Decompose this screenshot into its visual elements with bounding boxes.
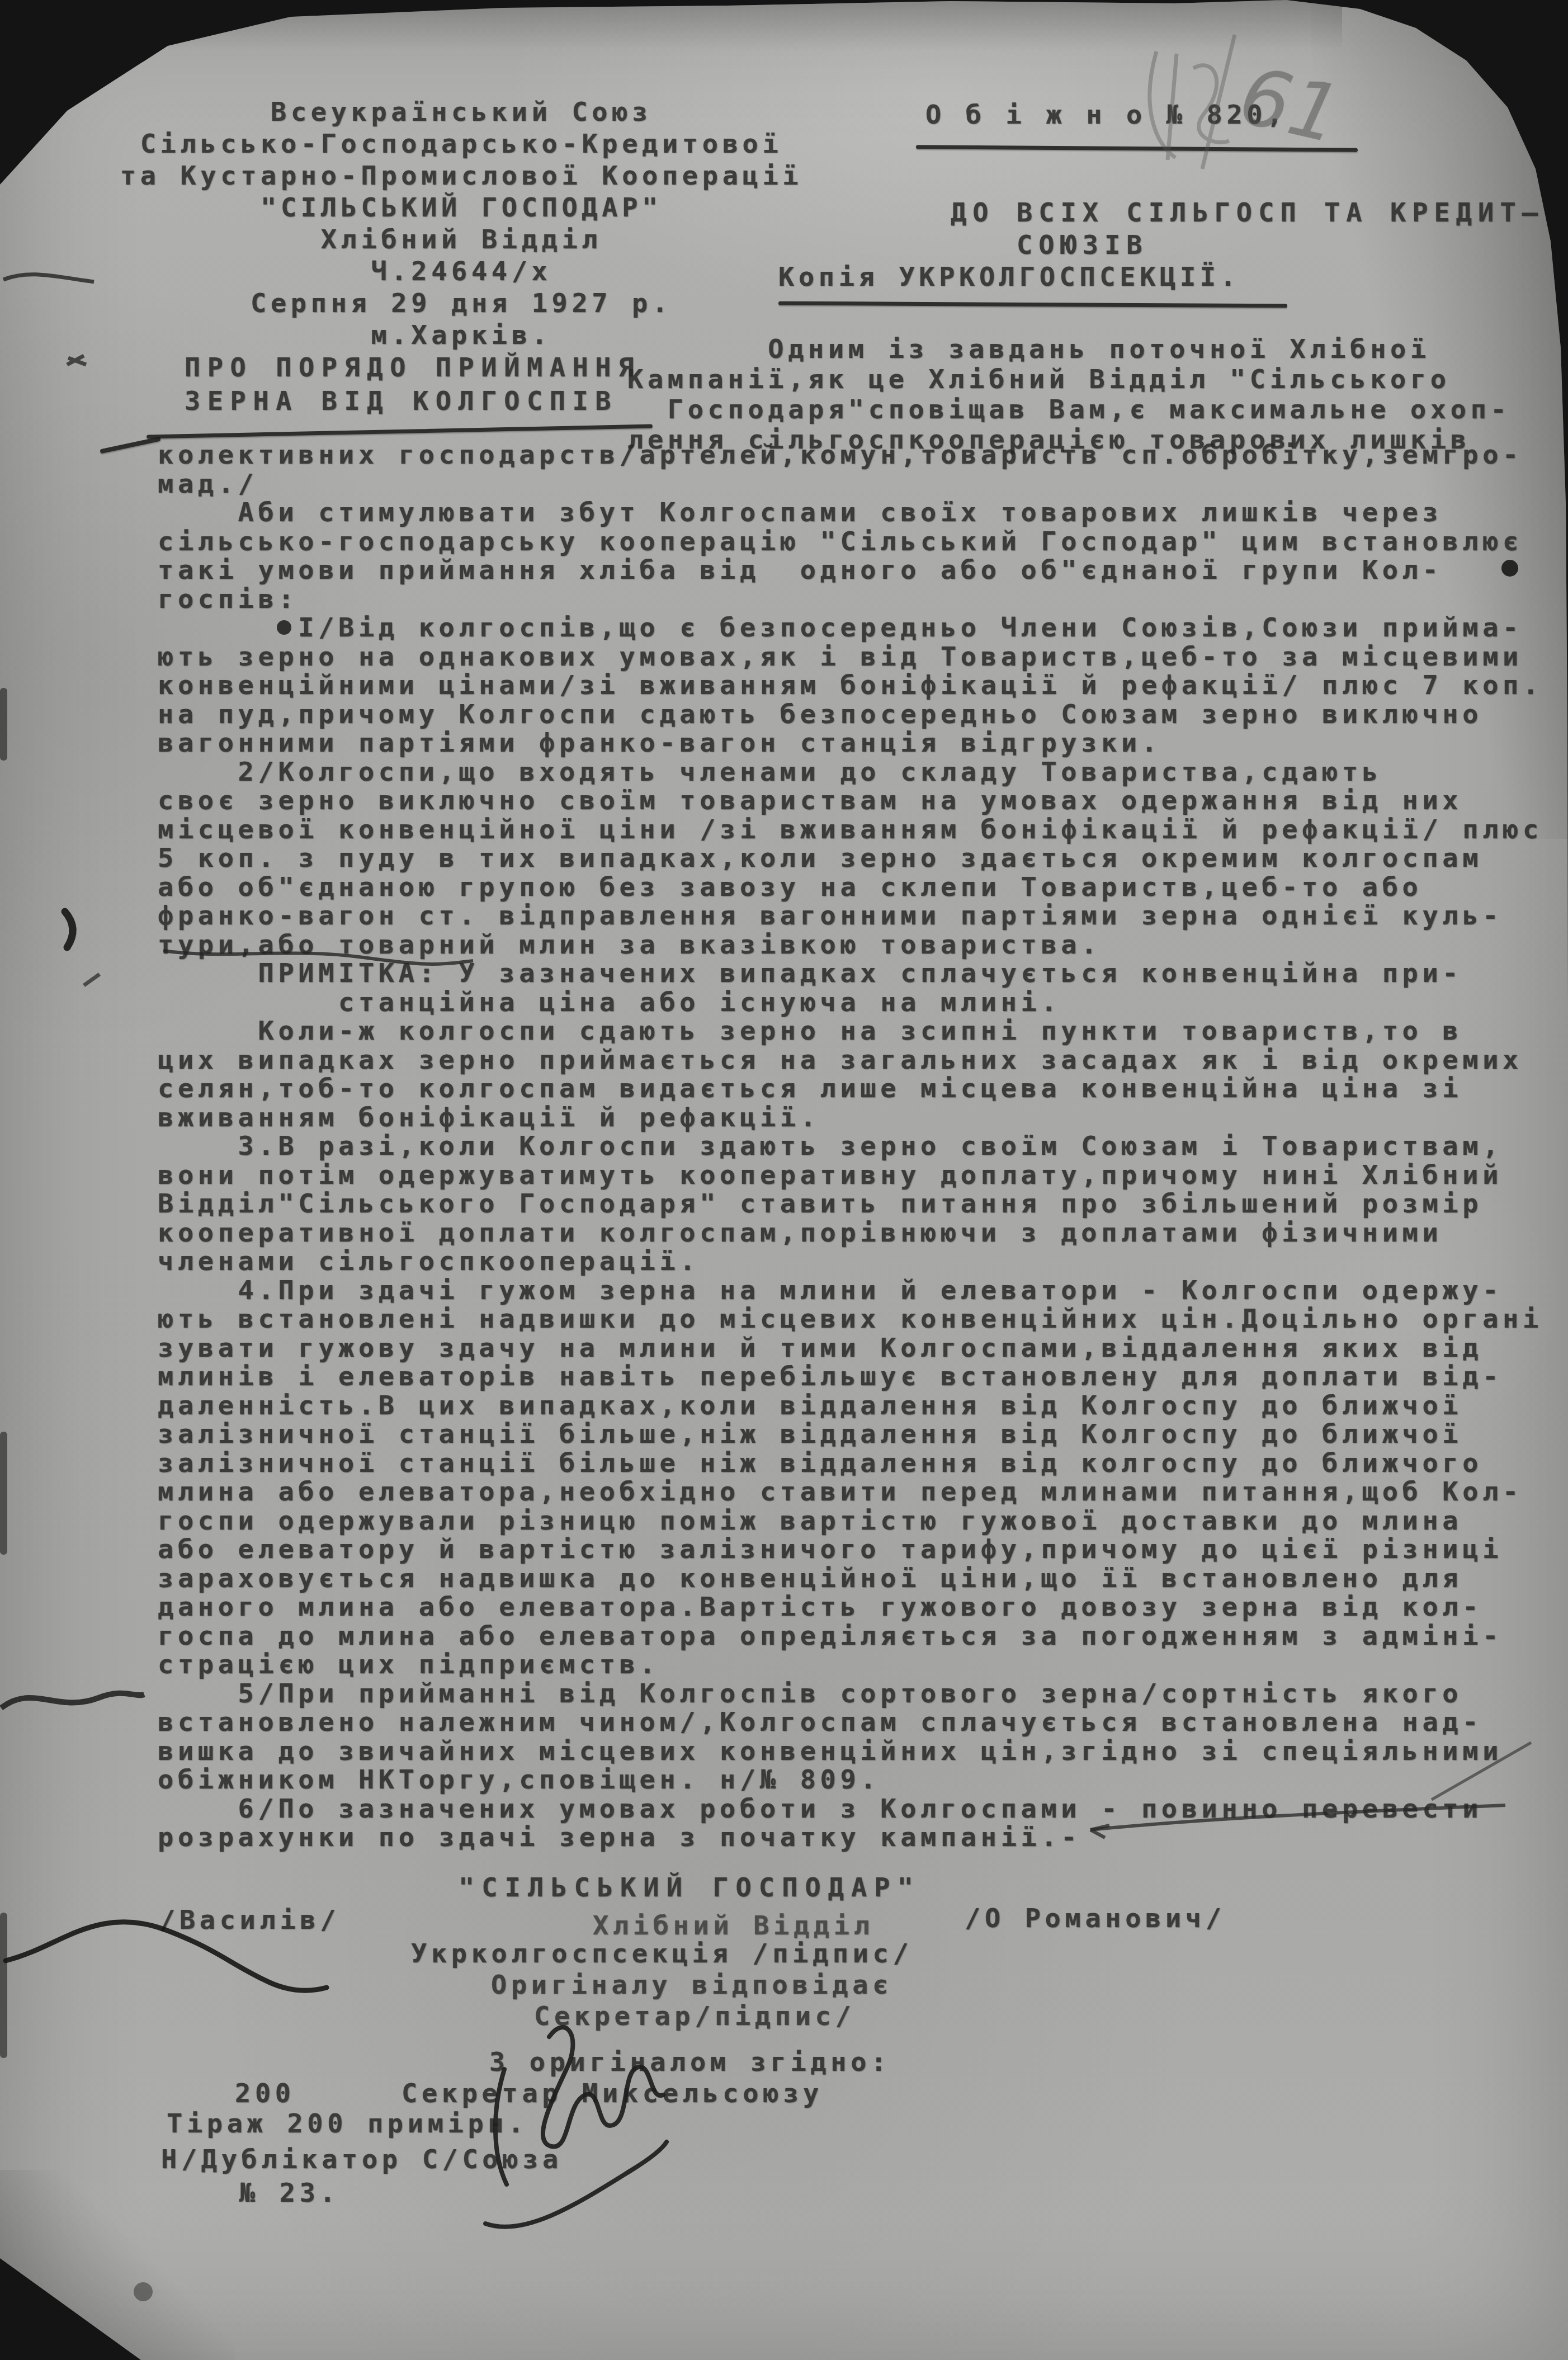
scanned-document: Всеукраїнський Союз Сільсько-Господарськ… bbox=[0, 0, 1568, 2360]
certification-line: З оригіналом згідно: bbox=[489, 2048, 891, 2077]
pen-tick bbox=[67, 356, 86, 365]
left-edge-tear bbox=[0, 688, 7, 761]
signature-dept: Хлібний Відділ bbox=[593, 1911, 874, 1941]
pen-tick bbox=[84, 974, 100, 985]
signature-section: Укрколгоспсекція /підпис/ bbox=[411, 1939, 913, 1969]
copy-line: Копія УКРКОЛГОСПСЕКЦІЇ. bbox=[778, 263, 1240, 292]
underline-pen-tail bbox=[100, 437, 160, 454]
copy-number-line: № 23. bbox=[239, 2179, 339, 2208]
paper-sheet: Всеукраїнський Союз Сільсько-Господарськ… bbox=[0, 0, 1568, 2360]
letterhead: Всеукраїнський Союз Сільсько-Господарськ… bbox=[106, 96, 816, 351]
top-edge-shadow bbox=[168, 0, 1342, 50]
subject-block: ПРО ПОРЯДО ПРИЙМАННЯ ЗЕРНА ВІД КОЛГОСПІВ bbox=[185, 351, 641, 418]
addressee-block: ДО ВСІХ СІЛЬГОСП ТА КРЕДИТ— СОЮЗІВ bbox=[951, 197, 1544, 262]
duplicator-line: Н/Дублікатор С/Союза bbox=[161, 2145, 563, 2174]
signature-org: "СІЛЬСЬКИЙ ГОСПОДАР" bbox=[459, 1873, 920, 1903]
copies-count: 200 bbox=[235, 2079, 295, 2108]
pen-bracket bbox=[65, 912, 73, 947]
signature-secretary-line: Секретар/підпис/ bbox=[534, 2002, 855, 2031]
bottom-left-shadow bbox=[0, 2170, 235, 2360]
signature-left: /Василів/ bbox=[159, 1906, 340, 1935]
crease-mark bbox=[3, 275, 94, 282]
print-run-line: Тіраж 200 примірн. bbox=[167, 2109, 528, 2139]
body-text: колективних господарств/артелей,комун,то… bbox=[158, 441, 1543, 1852]
circular-number: О б і ж н о № 820, bbox=[925, 101, 1287, 130]
certifier-title: Секретар Миксельсоюзу bbox=[402, 2079, 823, 2108]
intro-paragraph: Одним із завдань поточної Хлібної Кампан… bbox=[627, 334, 1510, 455]
underline bbox=[147, 424, 653, 439]
left-edge-tear bbox=[0, 1913, 7, 2058]
underline bbox=[778, 301, 1287, 308]
left-edge-tear bbox=[0, 1432, 7, 1555]
signature-right: /О Романович/ bbox=[965, 1904, 1226, 1933]
signature-original-line: Оригіналу відповідає bbox=[491, 1971, 892, 2000]
crease-mark bbox=[1, 1693, 144, 1708]
